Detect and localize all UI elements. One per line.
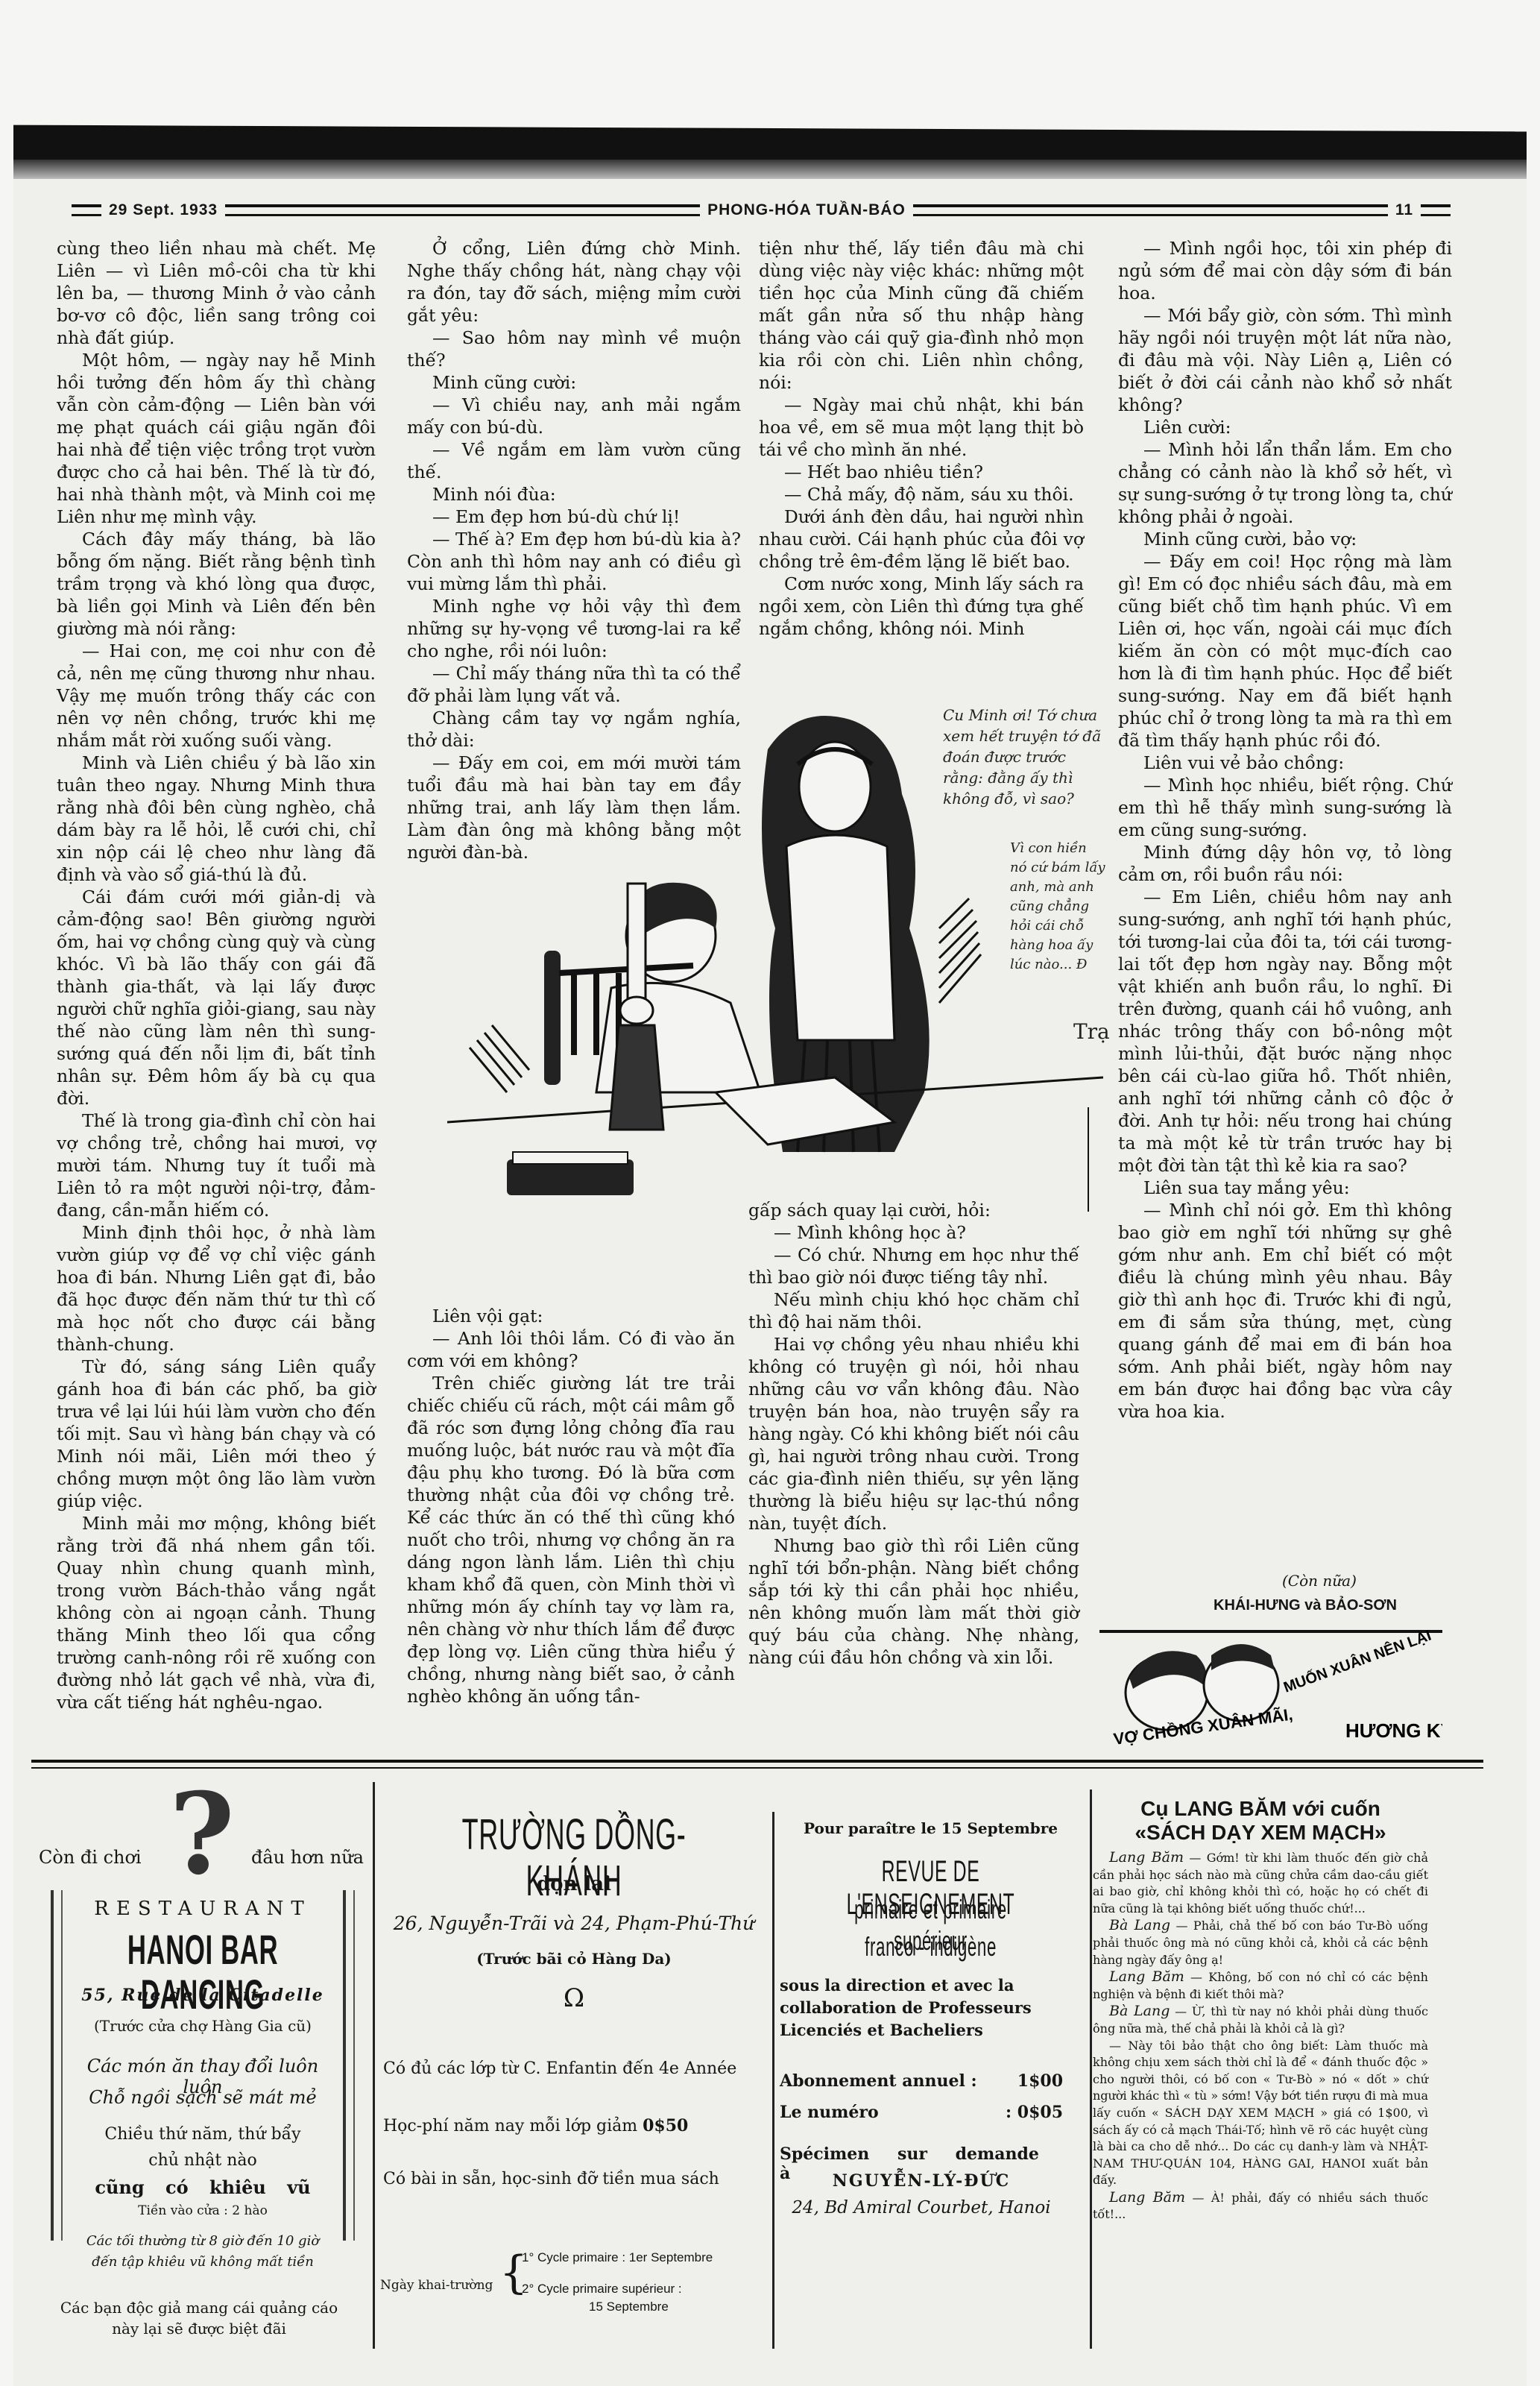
story-paragraph: — Em Liên, chiều hôm nay anh sung-sướng,…: [1118, 886, 1452, 1177]
story-authors: KHÁI-HƯNG và BẢO-SƠN: [1214, 1597, 1397, 1614]
ad-langbam-dialogue: Lang Băm — Gớm! từ khi làm thuốc đến giờ…: [1093, 1849, 1428, 2223]
question-mark-icon: ?: [169, 1778, 235, 1890]
ad-school-landmark: (Trước bãi cỏ Hàng Da): [380, 1950, 768, 1968]
story-paragraph: Nhưng bao giờ thì rồi Liên cũng nghĩ tới…: [748, 1534, 1079, 1669]
ad-restaurant-address: 55, Rue de la Citadelle: [65, 1986, 341, 2005]
story-paragraph: Minh cũng cười:: [407, 371, 741, 394]
ad-tagline-right: đâu hơn nữa: [251, 1847, 364, 1868]
masthead-rule: [225, 204, 700, 216]
handwritten-note-bottom: Vì con hiền nó cứ bám lấy anh, mà anh cũ…: [1010, 839, 1107, 975]
scan-shadow: [13, 160, 1527, 179]
story-paragraph: Nếu mình chịu khó học chăm chỉ thì độ ha…: [748, 1288, 1079, 1333]
ad-revue-direction: sous la direction et avec la collaborati…: [780, 1974, 1082, 2042]
handwritten-note-top: Cu Minh ơi! Tớ chưa xem hết truyện tớ đã…: [943, 705, 1103, 809]
story-column-3-lower: gấp sách quay lại cười, hỏi:— Mình không…: [748, 1199, 1079, 1669]
masthead-rule-left: [72, 204, 101, 216]
ad-restaurant-landmark: (Trước cửa chợ Hàng Gia cũ): [65, 2017, 341, 2035]
story-paragraph: Cách đây mấy tháng, bà lão bỗng ốm nặng.…: [57, 528, 376, 640]
story-paragraph: Dưới ánh đèn dầu, hai người nhìn nhau cư…: [759, 506, 1084, 573]
ad-truong-dong-khanh: TRƯỜNG DỒNG-KHÁNH dọn lại 26, Nguyễn-Trã…: [380, 1804, 768, 2349]
story-paragraph: Hai vợ chồng yêu nhau nhiều khi không có…: [748, 1333, 1079, 1534]
story-paragraph: — Hết bao nhiêu tiền?: [759, 461, 1084, 483]
dialogue-speaker: Lang Băm: [1109, 1849, 1184, 1866]
story-paragraph: — Mình học nhiều, biết rộng. Chứ em thì …: [1118, 774, 1452, 841]
ad-school-subtitle: dọn lại: [380, 1873, 768, 1895]
story-paragraph: — Mới bẩy giờ, còn sớm. Thì mình hãy ngồ…: [1118, 304, 1452, 416]
ad-revue-direction-2: collaboration de Professeurs: [780, 1997, 1082, 2019]
dialogue-line: Bà Lang — Ừ, thì từ nay nó khỏi phải dùn…: [1093, 2003, 1428, 2037]
ad-hanoi-bar-dancing: Còn đi chơi ? đâu hơn nữa RESTAURANT HAN…: [31, 1786, 367, 2352]
story-paragraph: Liên sua tay mắng yêu:: [1118, 1177, 1452, 1199]
column-rule: [373, 1782, 375, 2349]
dialogue-line: Bà Lang — Phải, chả thế bố con báo Tư-Bò…: [1093, 1917, 1428, 1968]
column-rule: [772, 1812, 774, 2349]
dialogue-line: Lang Băm — Gớm! từ khi làm thuốc đến giờ…: [1093, 1849, 1428, 1917]
huong-ky-promo-cartoon: VỢ CHỒNG XUÂN MÃI, MUỐN XUÂN NÊN LẠI HƯƠ…: [1099, 1625, 1442, 1752]
story-column-4: — Mình ngồi học, tôi xin phép đi ngủ sớm…: [1118, 237, 1452, 1423]
ad-school-opening-label: Ngày khai-trường: [380, 2278, 493, 2293]
story-column-1: cùng theo liền nhau mà chết. Mẹ Liên — v…: [57, 237, 376, 1713]
ad-revue-direction-3: Licenciés et Bacheliers: [780, 2019, 1082, 2042]
story-paragraph: — Thế à? Em đẹp hơn bú-dù kia à? Còn anh…: [407, 528, 741, 595]
ad-reader-offer-1: Các bạn độc giả mang cái quảng cáo: [31, 2299, 367, 2317]
masthead-title: PHONG-HÓA TUẦN-BÁO: [707, 201, 906, 219]
story-paragraph: — Sao hôm nay mình về muộn thế?: [407, 327, 741, 371]
dialogue-speaker: Bà Lang: [1109, 2003, 1170, 2019]
story-paragraph: Cơm nước xong, Minh lấy sách ra ngồi xem…: [759, 573, 1084, 640]
ad-dance-line3: cũng có khiêu vũ: [65, 2176, 341, 2198]
story-paragraph: — Chả mấy, độ năm, sáu xu thôi.: [759, 483, 1084, 506]
page-number: 11: [1395, 201, 1413, 219]
story-paragraph: Từ đó, sáng sáng Liên quẩy gánh hoa đi b…: [57, 1356, 376, 1512]
ad-revue-sub-label: Abonnement annuel :: [780, 2071, 977, 2091]
story-paragraph: Ở cổng, Liên đứng chờ Minh. Nghe thấy ch…: [407, 237, 741, 327]
ad-dance-line1: Chiều thứ năm, thứ bẩy: [65, 2125, 341, 2144]
ad-revue-publisher: NGUYỄN-LÝ-ĐỨC: [780, 2171, 1063, 2191]
story-paragraph: Minh cũng cười, bảo vợ:: [1118, 528, 1452, 550]
story-paragraph: Liên vui vẻ bảo chồng:: [1118, 752, 1452, 774]
story-paragraph: — Anh lôi thôi lắm. Có đi vào ăn cơm với…: [407, 1327, 735, 1372]
pillar-right: [343, 1890, 355, 2241]
story-paragraph: Thế là trong gia-đình chỉ còn hai vợ chồ…: [57, 1109, 376, 1221]
story-paragraph: — Mình hỏi lẩn thẩn lắm. Em cho chẳng có…: [1118, 438, 1452, 528]
dialogue-line: Lang Băm — À! phải, đấy có nhiều sách th…: [1093, 2189, 1428, 2223]
ad-revue-subscription: Abonnement annuel :1$00: [780, 2071, 1063, 2091]
story-paragraph: Trên chiếc giường lát tre trải chiếc chi…: [407, 1372, 735, 1707]
ad-revue-direction-1: sous la direction et avec la: [780, 1974, 1082, 1997]
story-paragraph: Một hôm, — ngày nay hễ Minh hồi tưởng đế…: [57, 349, 376, 528]
ad-revue-enseignement: Pour paraître le 15 Septembre REVUE DE L…: [780, 1819, 1082, 2349]
ad-reader-offer-2: này lại sẽ được biệt đãi: [31, 2320, 367, 2338]
masthead: 29 Sept. 1933 PHONG-HÓA TUẦN-BÁO 11: [72, 201, 1451, 219]
story-column-3: tiện như thế, lấy tiền đâu mà chi dùng v…: [759, 237, 1084, 640]
ad-revue-release: Pour paraître le 15 Septembre: [780, 1819, 1082, 1837]
promo-text-2: MUỐN XUÂN NÊN LẠI: [1281, 1626, 1434, 1696]
ad-restaurant-heading: RESTAURANT: [65, 1898, 341, 1920]
ad-school-opening-1: 1° Cycle primaire : 1er Septembre: [522, 2250, 713, 2265]
story-paragraph: Minh nói đùa:: [407, 483, 741, 506]
story-paragraph: Minh đứng dậy hôn vợ, tỏ lòng cảm ơn, rồ…: [1118, 841, 1452, 886]
ad-revue-address: 24, Bd Amiral Courbet, Hanoi: [780, 2198, 1063, 2217]
story-paragraph: — Đấy em coi! Học rộng mà làm gì! Em có …: [1118, 550, 1452, 752]
story-paragraph: — Vì chiều nay, anh mải ngắm mấy con bú-…: [407, 394, 741, 438]
dialogue-line: Lang Băm — Không, bố con nó chỉ có các b…: [1093, 1968, 1428, 2003]
ad-revue-sub-price: 1$00: [1017, 2071, 1063, 2091]
story-paragraph: Liên cười:: [1118, 416, 1452, 438]
ad-revue-issue-price: : 0$05: [1006, 2103, 1063, 2122]
ad-school-fees: Học-phí năm nay mỗi lớp giảm 0$50: [383, 2116, 688, 2135]
story-paragraph: — Em đẹp hơn bú-dù chứ lị!: [407, 506, 741, 528]
dialogue-speaker: Lang Băm: [1109, 2189, 1185, 2206]
story-paragraph: — Mình chỉ nói gở. Em thì không bao giờ …: [1118, 1199, 1452, 1423]
ad-school-fees-amount: 0$50: [643, 2116, 688, 2135]
pillar-left: [51, 1890, 63, 2241]
promo-text-3: HƯƠNG KÝ: [1345, 1719, 1442, 1742]
ad-school-opening-2: 2° Cycle primaire supérieur :: [522, 2282, 682, 2297]
ad-school-opening-2b: 15 Septembre: [589, 2300, 669, 2314]
ad-restaurant-line2: Chỗ ngồi sạch sẽ mát mẻ: [65, 2087, 341, 2108]
story-paragraph: — Về ngắm em làm vườn cũng thế.: [407, 438, 741, 483]
ad-revue-subtitle2: franco - indigène: [865, 1931, 997, 1962]
dialogue-speaker: Lang Băm: [1109, 1968, 1184, 1985]
ad-revue-issue-label: Le numéro: [780, 2103, 879, 2122]
ad-langbam-title1: Cụ LANG BĂM với cuốn: [1093, 1797, 1428, 1821]
ad-revue-subtitle2-wrap: franco - indigène: [780, 1931, 1082, 1963]
ad-school-classes: Có đủ các lớp từ C. Enfantin đến 4e Anné…: [383, 2059, 736, 2078]
story-paragraph: Minh nghe vợ hỏi vậy thì đem những sự hy…: [407, 595, 741, 662]
story-paragraph: Liên vội gạt:: [407, 1305, 735, 1327]
story-paragraph: — Ngày mai chủ nhật, khi bán hoa về, em …: [759, 394, 1084, 461]
ad-entry-fee: Tiền vào cửa : 2 hào: [65, 2203, 341, 2218]
masthead-rule-right: [1421, 204, 1451, 216]
dialogue-line: — Này tôi bảo thật cho ông biết: Làm thu…: [1093, 2038, 1428, 2189]
ad-free-lessons-1: Các tối thường từ 8 giờ đến 10 giờ: [65, 2233, 341, 2249]
illustrator-signature: Trạ: [1073, 1022, 1110, 1042]
story-paragraph: — Hai con, mẹ coi như con đẻ cả, nên mẹ …: [57, 640, 376, 752]
story-paragraph: tiện như thế, lấy tiền đâu mà chi dùng v…: [759, 237, 1084, 394]
ad-revue-issue-price-value: 0$05: [1017, 2103, 1063, 2122]
story-paragraph: Minh định thôi học, ở nhà làm vườn giúp …: [57, 1221, 376, 1356]
dialogue-text: — Này tôi bảo thật cho ông biết: Làm thu…: [1093, 2039, 1428, 2188]
story-paragraph: Minh mải mơ mộng, không biết rằng trời đ…: [57, 1512, 376, 1713]
story-paragraph: Cái đám cưới mới giản-dị và cảm-động sao…: [57, 886, 376, 1109]
ad-dance-line2: chủ nhật nào: [65, 2151, 341, 2170]
story-paragraph: — Mình ngồi học, tôi xin phép đi ngủ sớm…: [1118, 237, 1452, 304]
ad-langbam-title2: «SÁCH DẠY XEM MẠCH»: [1093, 1821, 1428, 1845]
ad-school-address: 26, Nguyễn-Trãi và 24, Phạm-Phú-Thứ: [380, 1913, 768, 1934]
ad-revue-issue: Le numéro: 0$05: [780, 2103, 1063, 2122]
ad-school-books: Có bài in sẵn, học-sinh đỡ tiền mua sách: [383, 2170, 719, 2188]
ads-divider: [31, 1760, 1483, 1769]
ad-free-lessons-2: đến tập khiêu vũ không mất tiền: [65, 2254, 341, 2270]
story-column-2-lower: Liên vội gạt:— Anh lôi thôi lắm. Có đi v…: [407, 1305, 735, 1707]
story-paragraph: — Chỉ mấy tháng nữa thì ta có thể đỡ phả…: [407, 662, 741, 707]
to-be-continued: (Còn nữa): [1282, 1572, 1357, 1590]
story-paragraph: — Có chứ. Nhưng em học như thế thì bao g…: [748, 1244, 1079, 1288]
story-paragraph: cùng theo liền nhau mà chết. Mẹ Liên — v…: [57, 237, 376, 349]
dialogue-speaker: Bà Lang: [1109, 1917, 1170, 1933]
masthead-date: 29 Sept. 1933: [109, 201, 218, 219]
ornament-icon: Ω: [380, 1983, 768, 2013]
masthead-rule: [913, 204, 1388, 216]
column-rule: [1090, 1789, 1092, 2349]
ad-tagline-left: Còn đi chơi: [39, 1847, 142, 1868]
story-paragraph: Minh và Liên chiều ý bà lão xin tuân the…: [57, 752, 376, 886]
ad-school-fees-label: Học-phí năm nay mỗi lớp giảm: [383, 2117, 637, 2135]
ad-sach-day-xem-mach: Cụ LANG BĂM với cuốn «SÁCH DẠY XEM MẠCH»…: [1093, 1797, 1428, 2349]
